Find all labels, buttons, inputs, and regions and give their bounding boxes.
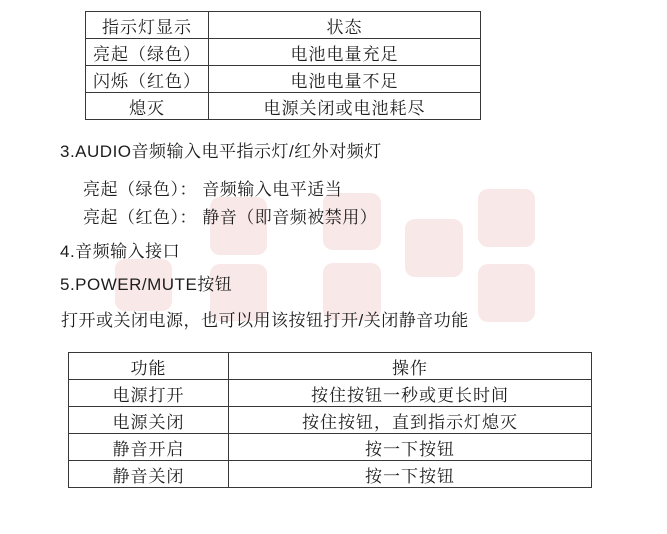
table-cell: 闪烁（红色） [86,66,209,93]
table-cell: 按住按钮一秒或更长时间 [229,380,592,407]
watermark-square [478,189,535,247]
table-cell: 电池电量充足 [209,39,481,66]
indicator-status-table: 指示灯显示 状态 亮起（绿色） 电池电量充足 闪烁（红色） 电池电量不足 熄灭 … [85,11,481,120]
table-cell: 熄灭 [86,93,209,120]
table-cell: 亮起（绿色） [86,39,209,66]
table-cell: 电源关闭 [69,407,229,434]
table-row: 静音关闭 按一下按钮 [69,461,592,488]
table-cell: 按一下按钮 [229,434,592,461]
table-cell: 静音开启 [69,434,229,461]
table-cell: 电源打开 [69,380,229,407]
indicator-table-header-display: 指示灯显示 [86,12,209,39]
operation-table-header-function: 功能 [69,353,229,380]
table-header-row: 功能 操作 [69,353,592,380]
table-row: 亮起（绿色） 电池电量充足 [86,39,481,66]
power-mute-operation-table: 功能 操作 电源打开 按住按钮一秒或更长时间 电源关闭 按住按钮，直到指示灯熄灭… [68,352,592,488]
table-cell: 按一下按钮 [229,461,592,488]
section-item3-green-state: 亮起（绿色）： 音频输入电平适当 [83,180,342,200]
section-item4-title: 4.音频输入接口 [60,242,180,262]
manual-page: 指示灯显示 状态 亮起（绿色） 电池电量充足 闪烁（红色） 电池电量不足 熄灭 … [0,0,667,534]
table-cell: 静音关闭 [69,461,229,488]
table-row: 熄灭 电源关闭或电池耗尽 [86,93,481,120]
watermark-square [405,219,463,277]
table-row: 电源打开 按住按钮一秒或更长时间 [69,380,592,407]
watermark-square [478,264,535,322]
section-item5-description: 打开或关闭电源，也可以用该按钮打开/关闭静音功能 [61,311,469,331]
operation-table-header-operation: 操作 [229,353,592,380]
section-item3-title: 3.AUDIO音频输入电平指示灯/红外对频灯 [60,142,382,162]
section-item5-title: 5.POWER/MUTE按钮 [60,275,232,295]
table-row: 闪烁（红色） 电池电量不足 [86,66,481,93]
table-cell: 按住按钮，直到指示灯熄灭 [229,407,592,434]
table-row: 静音开启 按一下按钮 [69,434,592,461]
section-item3-red-state: 亮起（红色）： 静音（即音频被禁用） [83,208,377,228]
table-cell: 电源关闭或电池耗尽 [209,93,481,120]
indicator-table-header-status: 状态 [209,12,481,39]
table-row: 电源关闭 按住按钮，直到指示灯熄灭 [69,407,592,434]
table-header-row: 指示灯显示 状态 [86,12,481,39]
table-cell: 电池电量不足 [209,66,481,93]
